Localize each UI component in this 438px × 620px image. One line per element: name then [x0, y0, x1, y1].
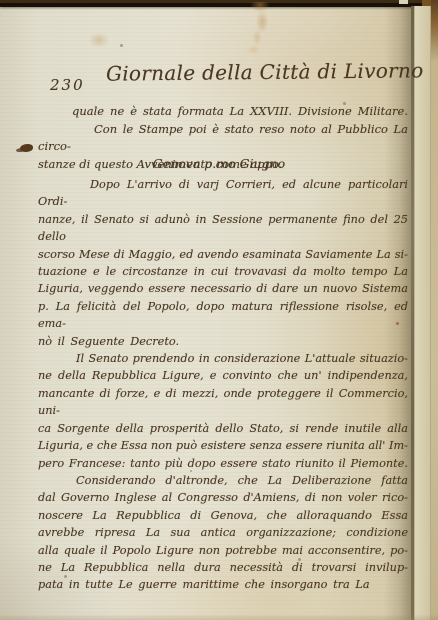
body-line: mancante di forze, e di mezzi, onde prot… — [38, 385, 408, 420]
body-line: ca Sorgente della prosperità dello Stato… — [38, 420, 408, 437]
body-line: nanze, il Senato si adunò in Sessione pe… — [38, 211, 408, 246]
body-line: p. La felicità del Popolo, dopo matura r… — [38, 298, 408, 333]
body-line: Il Senato prendendo in considerazione L'… — [38, 350, 408, 367]
header-line: Con le Stampe poi è stato reso noto al P… — [38, 121, 408, 156]
body-line: scorso Mese di Maggio, ed avendo esamina… — [38, 246, 408, 263]
stain-spot — [88, 32, 110, 48]
foxing-dot — [120, 44, 123, 47]
body-line: tuazione e le circostanze in cui trovava… — [38, 263, 408, 280]
body-line: Dopo L'arrivo di varj Corrieri, ed alcun… — [38, 176, 408, 211]
body-line: dal Governo Inglese al Congresso d'Amien… — [38, 489, 408, 506]
body-line: pero Francese: tanto più dopo essere sta… — [38, 455, 408, 472]
page-title: Giornale della Città di Livorno — [106, 58, 416, 85]
book-top-edge — [0, 0, 438, 7]
body-line: Liguria, veggendo essere necessario di d… — [38, 280, 408, 297]
body-line: Considerando d'altronde, che La Delibera… — [38, 472, 408, 489]
header-line: quale ne è stata formata La XXVIII. Divi… — [38, 103, 408, 121]
dateline: Genova p.mo Giugno — [60, 156, 378, 171]
body-line: avrebbe ripresa La sua antica organizzaz… — [38, 524, 408, 541]
body-line: nò il Seguente Decreto. — [38, 333, 408, 350]
book-outer-edge — [431, 0, 438, 620]
adjacent-page-edge — [414, 6, 431, 620]
body-line: pata in tutte Le guerre marittime che in… — [38, 576, 408, 593]
manuscript-page-scan: 230 Giornale della Città di Livorno qual… — [0, 0, 438, 620]
body-line: noscere La Repubblica di Genova, che all… — [38, 507, 408, 524]
page-top-notch — [399, 0, 408, 4]
body-line: ne della Repubblica Ligure, e convinto c… — [38, 367, 408, 384]
body-text: Dopo L'arrivo di varj Corrieri, ed alcun… — [38, 176, 408, 594]
stain-top-drip — [237, 2, 279, 54]
body-line: ne La Repubblica nella dura necessità di… — [38, 559, 408, 576]
ink-blot — [20, 144, 33, 152]
body-line: Liguria, e che Essa non può esistere sen… — [38, 437, 408, 454]
page-number: 230 — [50, 76, 85, 94]
body-line: alla quale il Popolo Ligure non potrebbe… — [38, 542, 408, 559]
page-bottom-shadow — [0, 614, 438, 620]
